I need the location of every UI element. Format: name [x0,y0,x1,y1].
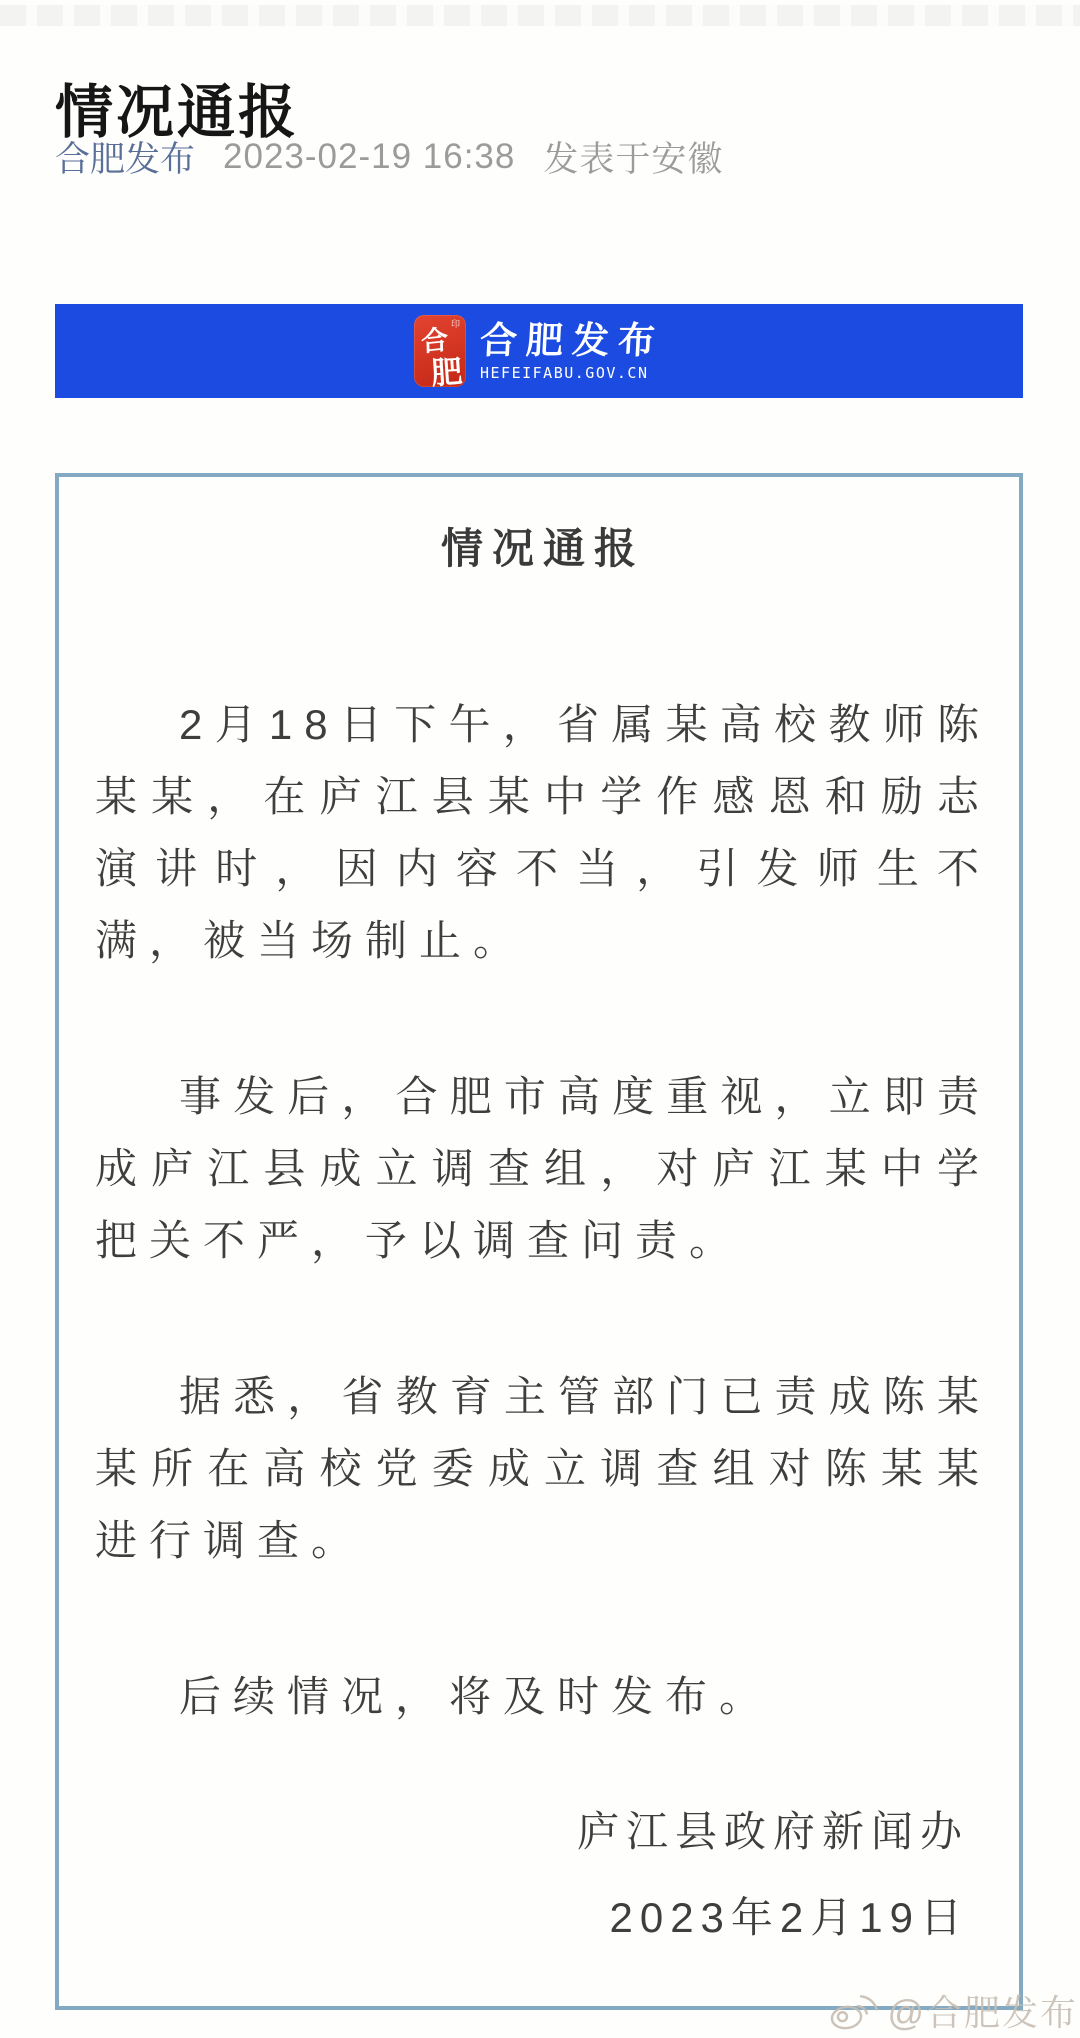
article-page: 情况通报 合肥发布 2023-02-19 16:38 发表于安徽 合 肥 印 合… [0,0,1080,2038]
article-meta: 合肥发布 2023-02-19 16:38 发表于安徽 [55,132,723,182]
publish-location: 发表于安徽 [543,132,723,182]
notice-box: 情况通报 2月18日下午，省属某高校教师陈某某，在庐江县某中学作感恩和励志演讲时… [55,473,1023,2010]
logo-char-bottom: 肥 [429,346,463,393]
source-account-link[interactable]: 合肥发布 [55,132,195,182]
banner-text: 合肥发布 HEFEIFABU.GOV.CN [480,319,664,383]
signature-office: 庐江县政府新闻办 [95,1789,969,1875]
watermark-text: @合肥发布 [887,1985,1078,2036]
logo-seal-mark: 印 [451,320,461,329]
notice-paragraph-2: 事发后，合肥市高度重视，立即责成庐江县成立调查组，对庐江某中学把关不严，予以调查… [95,1061,991,1277]
publish-timestamp: 2023-02-19 16:38 [223,137,515,177]
banner-domain: HEFEIFABU.GOV.CN [480,363,649,383]
notice-title: 情况通报 [95,519,991,579]
banner-account-name: 合肥发布 [479,319,665,363]
signature-block: 庐江县政府新闻办 2023年2月19日 [95,1789,991,1961]
hefei-fabu-logo: 合 肥 印 [414,315,466,387]
weibo-logo-icon [827,1989,879,2033]
notice-paragraph-1: 2月18日下午，省属某高校教师陈某某，在庐江县某中学作感恩和励志演讲时，因内容不… [95,689,991,977]
top-edge-strip [0,5,1080,26]
signature-date: 2023年2月19日 [95,1875,969,1961]
hefei-fabu-banner[interactable]: 合 肥 印 合肥发布 HEFEIFABU.GOV.CN [55,304,1023,398]
weibo-watermark: @合肥发布 [827,1985,1078,2036]
notice-paragraph-3: 据悉，省教育主管部门已责成陈某某所在高校党委成立调查组对陈某某进行调查。 [95,1361,991,1577]
notice-paragraph-4: 后续情况，将及时发布。 [95,1661,991,1733]
